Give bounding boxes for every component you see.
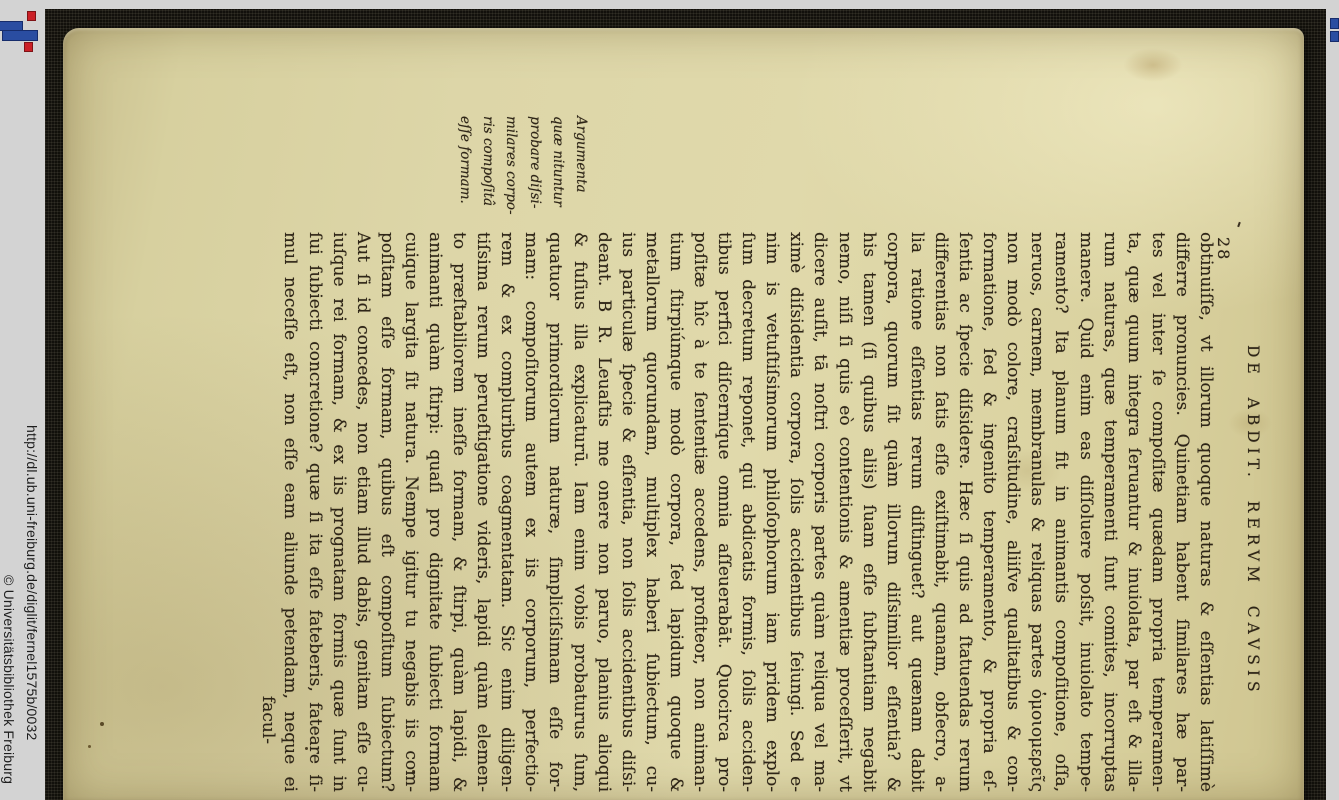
text-line: ius particulæ ſpecie & eſſentia, non ſol… [616,232,640,792]
running-title: DE ABDIT. RERVM CAVSIS [1244,345,1262,697]
text-line: Aut ſi id concedes, non etiam illud dabi… [351,232,375,792]
text-line: metallorum quorundam, multiplex haberi ſ… [640,232,664,792]
margin-note-line: quæ nituntur [546,116,569,232]
text-line: poſitam eſſe formam, quibus eſt compoſit… [375,232,399,792]
body-text-block: obtinuiſſe, vt illorum quoque naturas & … [278,232,1218,792]
logo-blue-bar-icon [2,30,38,41]
text-line: & fuſius illa explicaturū. Iam enim vobi… [567,232,591,792]
text-line: differre pronuncies. Quinetiam habent ſi… [1170,232,1194,792]
text-line: deant. B R. Leuaſtis me onere non paruo,… [592,232,616,792]
text-line: rem & ex compluribus coagmentatam. Sic e… [495,232,519,792]
text-line: obtinuiſſe, vt illorum quoque naturas & … [1194,232,1218,792]
text-line: non modò colore, craſsitudine, aliiſve q… [1001,232,1025,792]
text-line: lia ratione eſſentias rerum diſtinguet? … [905,232,929,792]
text-line: tes vel inter ſe compoſitæ quædam propri… [1146,232,1170,792]
text-line: ta, quæ quum integra ſeruantur & inuiola… [1122,232,1146,792]
text-line: ſum decretum reponet, qui abdicatis form… [736,232,760,792]
viewer-background: { "viewer": { "stamp_url": "http://dl.ub… [0,0,1339,800]
margin-note-line: eſſe formam. [453,116,476,232]
text-line: manere. Quid enim eas diſſoluere poſsit,… [1073,232,1097,792]
margin-note-line: milares corpo- [499,116,522,232]
margin-note-line: ris compoſitâ [476,116,499,232]
logo-blue-square-icon [1330,18,1339,29]
logo-blue-square-icon [1330,31,1339,42]
catchword-row: facul- [258,232,278,744]
running-head: 28 DE ABDIT. RERVM CAVSIS [1232,233,1262,793]
text-line: formatione, ſed & ingenito temperamento,… [977,232,1001,792]
margin-note-line: Argumenta [569,116,592,232]
margin-note-line: probare diſsi- [522,116,545,232]
text-line: ſui ſubiecti concretione? quæ ſi ita eſſ… [302,232,326,792]
catchword: facul- [258,696,278,744]
text-line: corpora, quorum ſit quàm illorum diſsimi… [881,232,905,792]
text-line: tibus perfici diſcerníque omnia aſſeuera… [712,232,736,792]
text-line: quatuor primordiorum naturæ, ſimpliciſsi… [543,232,567,792]
logo-red-square-icon [24,42,33,52]
text-line: ſentia ac ſpecie diſsidere. Hæc ſi quis … [953,232,977,792]
page-text-layer: 28 DE ABDIT. RERVM CAVSIS obtinuiſſe, vt… [63,28,1304,800]
text-line: to præſtabiliorem ineſſe formam, & ſtirp… [447,232,471,792]
text-line: his tamen (ſi quibus aliis) ſuam eſſe ſu… [857,232,881,792]
text-line: mam: compoſitorum autem ex iis corporum,… [519,232,543,792]
text-line: poſitæ hîc à te ſententiæ accedens, prof… [688,232,712,792]
text-line: nemo, niſi ſi quis eò contentionis & ame… [833,232,857,792]
text-line: ximè diſsidentia corpora, ſolis accident… [784,232,808,792]
text-line: iuſque rei formam, & ex iis prognatam fo… [327,232,351,792]
copyright-stamp: © Universitätsbibliothek Freiburg [1,575,17,800]
text-line: neruos, carnem, membranulas & reliquas p… [1025,232,1049,792]
text-line: nim is vetuſtiſsimorum philoſophorum iam… [760,232,784,792]
text-line: dicere auſit, tā noſtri corporis partes … [808,232,832,792]
text-line: differentias non ſatis eſſe exiſtimabit,… [929,232,953,792]
scan-url-stamp: http://dl.ub.uni-freiburg.de/diglit/fern… [23,425,40,781]
logo-red-square-icon [27,11,36,21]
text-line: mul neceſſe eſt, non eſſe eam aliunde pe… [278,232,302,792]
scanned-book-page: 28 DE ABDIT. RERVM CAVSIS obtinuiſſe, vt… [63,28,1304,800]
text-line: cuique largita ſit natura. Nempe igitur … [399,232,423,792]
scanner-cloth-mat: 28 DE ABDIT. RERVM CAVSIS obtinuiſſe, vt… [45,9,1326,800]
text-line: rum naturas, quæ temperamenti ſunt comit… [1098,232,1122,792]
margin-note: Argumentaquæ nitunturprobare diſsi-milar… [453,116,592,232]
text-line: tium ſtirpiúmque modò corpora, ſed lapid… [664,232,688,792]
text-line: ramento? Ita planum fit in animantis com… [1049,232,1073,792]
text-line: tiſsima rerum perueſtigatione videris, l… [471,232,495,792]
text-line: animanti quàm ſtirpi: quaſi pro dignitat… [423,232,447,792]
